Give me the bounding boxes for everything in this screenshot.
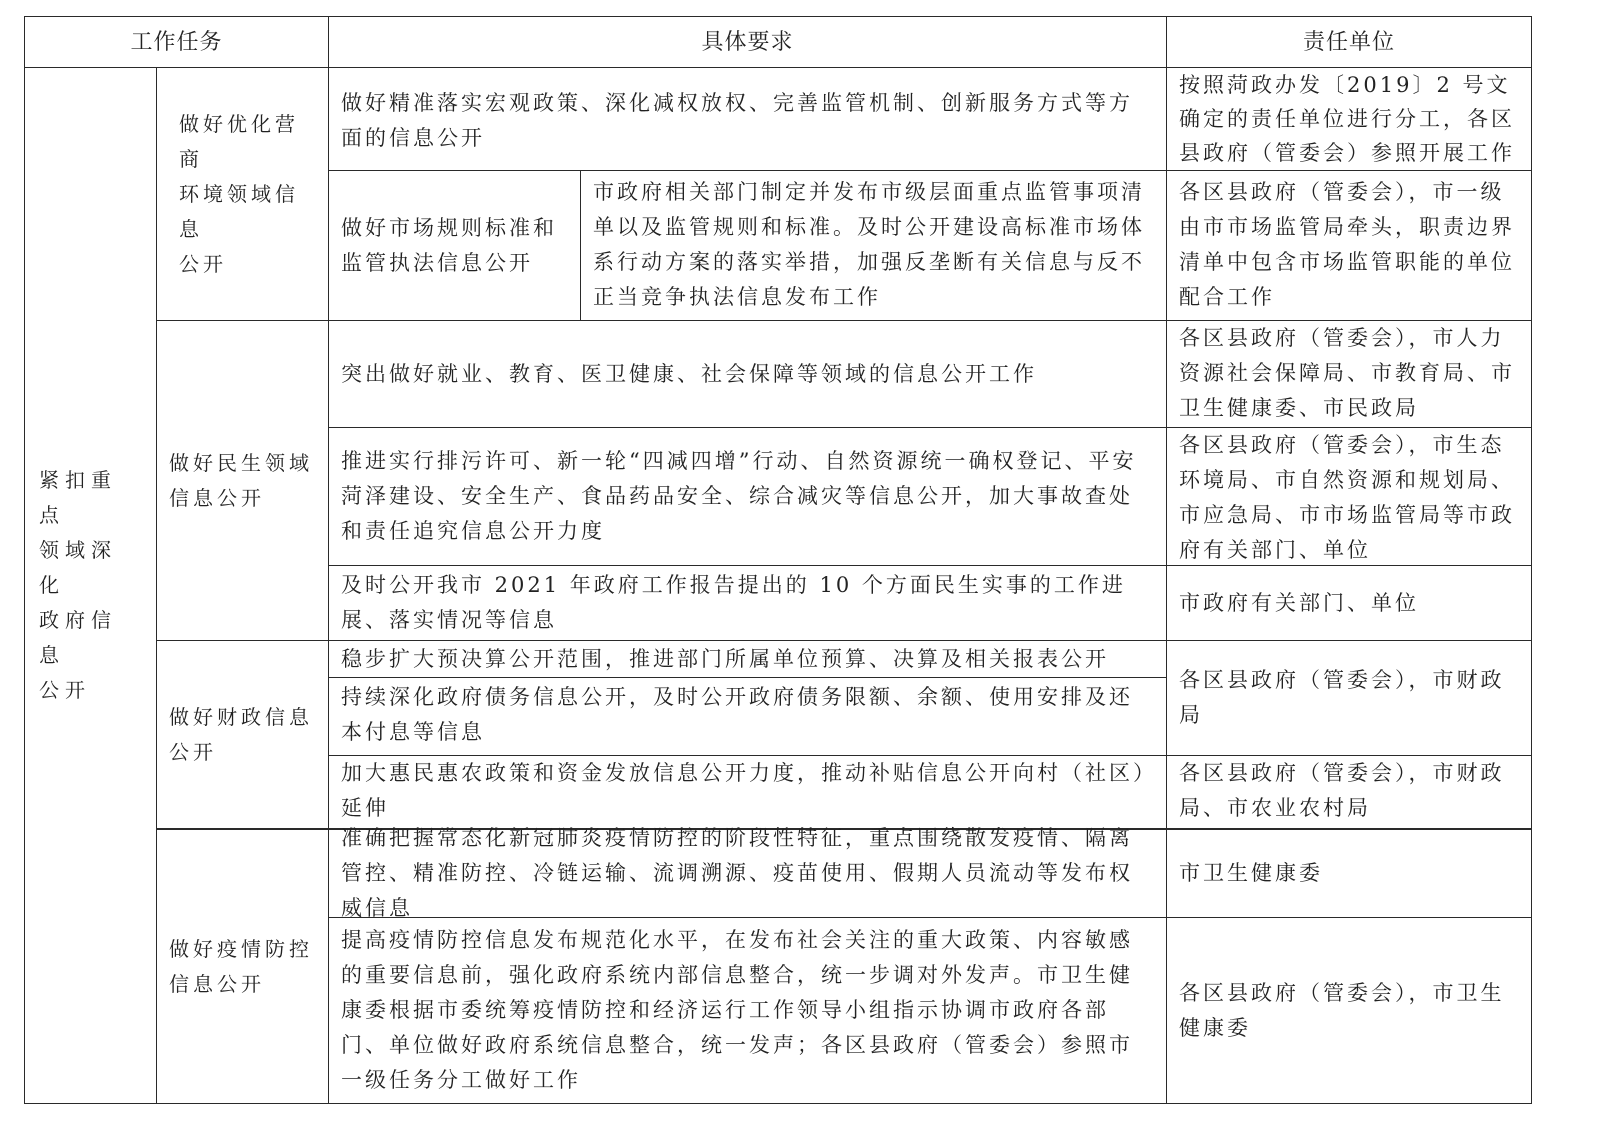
unit-text: 各区县政府（管委会），市生态环境局、市自然资源和规划局、市应急局、市市场监管局等… bbox=[1179, 428, 1519, 568]
requirement-text: 推进实行排污许可、新一轮“四减四增”行动、自然资源统一确权登记、平安菏泽建设、安… bbox=[341, 444, 1154, 549]
subtask-cell: 做好市场规则标准和监管执法信息公开 bbox=[328, 170, 581, 321]
task-cell-livelihood: 做好民生领域 信息公开 bbox=[156, 320, 329, 641]
unit-cell: 各区县政府（管委会），市生态环境局、市自然资源和规划局、市应急局、市市场监管局等… bbox=[1166, 427, 1532, 566]
requirement-cell: 提高疫情防控信息发布规范化水平，在发布社会关注的重大政策、内容敏感的重要信息前，… bbox=[328, 917, 1167, 1104]
task-label: 做好疫情防控 信息公开 bbox=[169, 932, 313, 1002]
requirement-cell: 准确把握常态化新冠肺炎疫情防控的阶段性特征，重点围绕散发疫情、隔离管控、精准防控… bbox=[328, 828, 1167, 918]
requirement-text: 准确把握常态化新冠肺炎疫情防控的阶段性特征，重点围绕散发疫情、隔离管控、精准防控… bbox=[341, 821, 1154, 926]
header-unit: 责任单位 bbox=[1166, 16, 1532, 68]
unit-text: 各区县政府（管委会），市财政局、市农业农村局 bbox=[1179, 756, 1519, 826]
unit-cell: 各区县政府（管委会），市人力资源社会保障局、市教育局、市卫生健康委、市民政局 bbox=[1166, 320, 1532, 428]
requirement-cell: 加大惠民惠农政策和资金发放信息公开力度，推动补贴信息公开向村（社区）延伸 bbox=[328, 755, 1167, 829]
requirement-text: 突出做好就业、教育、医卫健康、社会保障等领域的信息公开工作 bbox=[341, 357, 1037, 392]
requirement-text: 稳步扩大预决算公开范围，推进部门所属单位预算、决算及相关报表公开 bbox=[341, 642, 1109, 677]
unit-text: 各区县政府（管委会），市一级由市市场监管局牵头，职责边界清单中包含市场监管职能的… bbox=[1179, 175, 1519, 315]
unit-cell: 各区县政府（管委会），市一级由市市场监管局牵头，职责边界清单中包含市场监管职能的… bbox=[1166, 170, 1532, 321]
unit-text: 市卫生健康委 bbox=[1179, 856, 1323, 891]
subtask-label: 做好市场规则标准和监管执法信息公开 bbox=[341, 211, 568, 281]
header-task: 工作任务 bbox=[24, 16, 329, 68]
header-requirement-label: 具体要求 bbox=[701, 25, 793, 60]
unit-text: 按照菏政办发〔2019〕2 号文确定的责任单位进行分工，各区县政府（管委会）参照… bbox=[1179, 68, 1519, 170]
unit-cell: 各区县政府（管委会），市财政局、市农业农村局 bbox=[1166, 755, 1532, 829]
category-cell: 紧扣重点 领域深化 政府信息 公开 bbox=[24, 67, 157, 1104]
unit-text: 各区县政府（管委会），市卫生健康委 bbox=[1179, 976, 1519, 1046]
header-unit-label: 责任单位 bbox=[1303, 25, 1395, 60]
category-label: 紧扣重点 领域深化 政府信息 公开 bbox=[39, 463, 142, 708]
requirement-cell: 推进实行排污许可、新一轮“四减四增”行动、自然资源统一确权登记、平安菏泽建设、安… bbox=[328, 427, 1167, 566]
requirement-cell: 突出做好就业、教育、医卫健康、社会保障等领域的信息公开工作 bbox=[328, 320, 1167, 428]
requirement-cell: 稳步扩大预决算公开范围，推进部门所属单位预算、决算及相关报表公开 bbox=[328, 640, 1167, 678]
unit-text: 市政府有关部门、单位 bbox=[1179, 586, 1419, 621]
work-task-table: 工作任务 具体要求 责任单位 紧扣重点 领域深化 政府信息 公开 做好优化营商 … bbox=[0, 0, 1604, 1147]
unit-cell: 市卫生健康委 bbox=[1166, 828, 1532, 918]
header-requirement: 具体要求 bbox=[328, 16, 1167, 68]
requirement-text: 持续深化政府债务信息公开，及时公开政府债务限额、余额、使用安排及还本付息等信息 bbox=[341, 680, 1154, 750]
task-cell-epidemic: 做好疫情防控 信息公开 bbox=[156, 828, 329, 1104]
requirement-text: 市政府相关部门制定并发布市级层面重点监管事项清单以及监管规则和标准。及时公开建设… bbox=[593, 175, 1154, 315]
unit-cell: 市政府有关部门、单位 bbox=[1166, 565, 1532, 641]
requirement-text: 加大惠民惠农政策和资金发放信息公开力度，推动补贴信息公开向村（社区）延伸 bbox=[341, 756, 1154, 826]
task-label: 做好财政信息 公开 bbox=[169, 700, 313, 770]
task-label: 做好民生领域 信息公开 bbox=[169, 446, 313, 516]
requirement-cell: 做好精准落实宏观政策、深化减权放权、完善监管机制、创新服务方式等方面的信息公开 bbox=[328, 67, 1167, 171]
requirement-cell: 市政府相关部门制定并发布市级层面重点监管事项清单以及监管规则和标准。及时公开建设… bbox=[580, 170, 1167, 321]
requirement-cell: 及时公开我市 2021 年政府工作报告提出的 10 个方面民生实事的工作进展、落… bbox=[328, 565, 1167, 641]
requirement-cell: 持续深化政府债务信息公开，及时公开政府债务限额、余额、使用安排及还本付息等信息 bbox=[328, 677, 1167, 756]
header-task-label: 工作任务 bbox=[130, 25, 222, 60]
task-cell-finance: 做好财政信息 公开 bbox=[156, 640, 329, 829]
requirement-text: 及时公开我市 2021 年政府工作报告提出的 10 个方面民生实事的工作进展、落… bbox=[341, 568, 1154, 638]
task-label: 做好优化营商 环境领域信息 公开 bbox=[179, 107, 316, 282]
unit-cell: 各区县政府（管委会），市卫生健康委 bbox=[1166, 917, 1532, 1104]
unit-text: 各区县政府（管委会），市财政局 bbox=[1179, 663, 1519, 733]
requirement-text: 提高疫情防控信息发布规范化水平，在发布社会关注的重大政策、内容敏感的重要信息前，… bbox=[341, 923, 1154, 1098]
unit-text: 各区县政府（管委会），市人力资源社会保障局、市教育局、市卫生健康委、市民政局 bbox=[1179, 321, 1519, 426]
unit-cell-merged: 各区县政府（管委会），市财政局 bbox=[1166, 640, 1532, 756]
unit-cell: 按照菏政办发〔2019〕2 号文确定的责任单位进行分工，各区县政府（管委会）参照… bbox=[1166, 67, 1532, 171]
task-cell-business-environment: 做好优化营商 环境领域信息 公开 bbox=[156, 67, 329, 321]
requirement-text: 做好精准落实宏观政策、深化减权放权、完善监管机制、创新服务方式等方面的信息公开 bbox=[341, 86, 1154, 156]
